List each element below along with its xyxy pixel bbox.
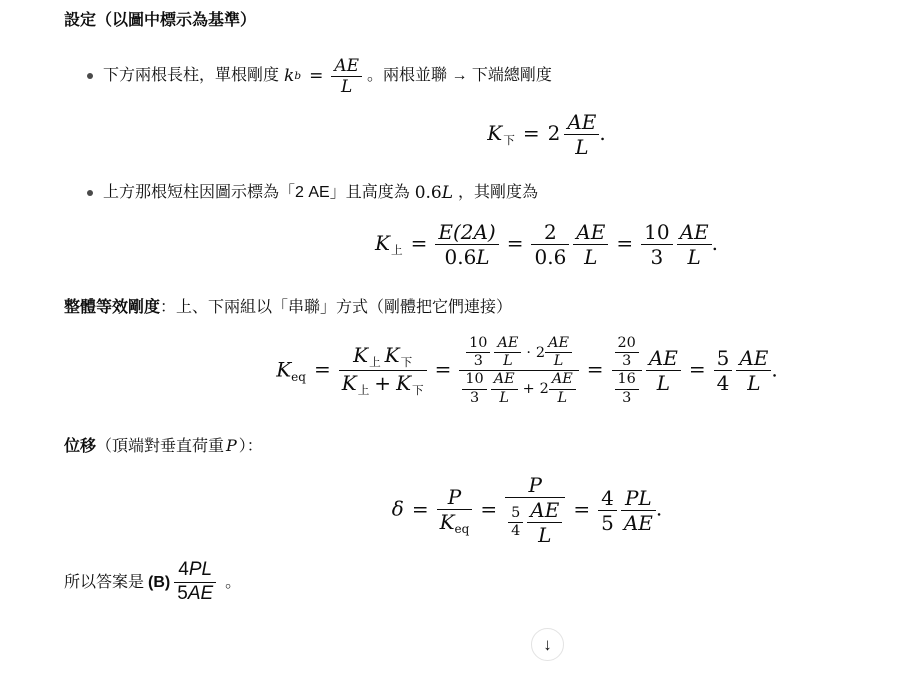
math-subscript-upper: 上 [391, 244, 403, 257]
equals-sign: = [411, 231, 428, 255]
fraction-numerator: AE [573, 220, 608, 244]
fraction-numerator: AE [564, 110, 599, 134]
fraction-denominator: L [736, 370, 771, 395]
fraction-10-3: 103 [462, 371, 486, 407]
math-var-P: P [226, 436, 237, 455]
math-coefficient: 2 [536, 345, 545, 361]
bold-label: 位移 [64, 438, 96, 455]
fraction-denominator: K上+K下 [339, 370, 427, 398]
fraction-20-3: 203 [615, 335, 639, 371]
fraction-10-3: 103 [466, 335, 490, 371]
fraction-denominator: L [527, 522, 562, 547]
fraction-numerator: PL [621, 486, 656, 510]
fraction-denominator: 0.6 [531, 244, 569, 269]
math-var-K: K [375, 231, 390, 255]
fraction-numerator: 16 [615, 371, 639, 388]
fraction-denominator: L [494, 352, 521, 370]
scroll-down-button[interactable]: ↓ [531, 628, 564, 661]
equals-sign: = [507, 231, 524, 255]
fraction-denominator: 4 [714, 370, 733, 395]
fraction-denominator: 3 [462, 389, 486, 407]
section-equivalent-stiffness: 整體等效剛度：上、下兩組以「串聯」方式（剛體把它們連接） [64, 295, 914, 321]
fraction-denominator: L [545, 352, 572, 370]
fraction-numerator: AE [549, 371, 576, 388]
down-arrow-icon: ↓ [543, 635, 552, 655]
fraction-denominator: 163 [612, 370, 642, 407]
fraction-numerator: 10 [462, 371, 486, 388]
fraction-denominator: AE [621, 510, 656, 535]
fraction-numerator: P [437, 485, 473, 509]
bullet2-text-post: ，其剛度為 [458, 180, 538, 206]
inline-math-kb: kb=AEL [284, 56, 362, 98]
fraction-nested-big: 103AEL·2AEL103AEL+2AEL [459, 335, 578, 407]
equals-sign: = [689, 357, 706, 381]
answer-fraction: 4PL5AE [174, 559, 216, 606]
equals-sign: = [309, 62, 323, 90]
display-formula-k-lower: K下=2AEL. [103, 110, 914, 159]
fraction-ae-l: AEL [494, 335, 521, 371]
equals-sign: = [480, 497, 497, 521]
fraction-denominator: 103AEL+2AEL [459, 370, 578, 407]
fraction-numerator: P [505, 473, 565, 497]
fraction-denominator: L [573, 244, 608, 269]
bullet1-text-line: 下方兩根長柱，單根剛度kb=AEL。兩根並聯 → 下端總剛度 [103, 56, 914, 98]
fraction-denominator: 5AE [174, 582, 216, 606]
chat-response: 設定（以圖中標示為基準） 下方兩根長柱，單根剛度kb=AEL。兩根並聯 → 下端… [0, 0, 914, 606]
section2-text-pre: （頂端對垂直荷重 [96, 438, 224, 455]
math-subscript: 下 [412, 384, 424, 397]
math-subscript: 上 [369, 356, 381, 369]
math-var: PL [189, 559, 212, 580]
fraction-denominator: L [564, 134, 599, 159]
fraction-5-4: 54 [714, 346, 733, 395]
multiplication-dot: · [526, 345, 531, 361]
fraction-denominator: L [491, 389, 518, 407]
fraction-numerator: AE [646, 346, 681, 370]
math-period: . [599, 121, 605, 145]
fraction-p-over-stiffness: P54AEL [505, 473, 565, 547]
equals-sign: = [412, 497, 429, 521]
fraction-numerator: E(2A) [435, 220, 498, 244]
fraction-ae-l: AEL [573, 220, 608, 269]
math-subscript-eq: eq [291, 370, 306, 384]
section-heading-setup: 設定（以圖中標示為基準） [64, 10, 914, 32]
bullet1-text-post: 。兩根並聯 → 下端總剛度 [367, 63, 552, 89]
bullet2-text-pre: 上方那根短柱因圖示標為「2 AE」且高度為 [103, 180, 410, 206]
fraction-2-06: 20.6 [531, 220, 569, 269]
fraction-ae-l: AEL [527, 498, 562, 547]
answer-text-post: 。 [225, 570, 241, 596]
fraction-denominator: L [677, 244, 712, 269]
plus-sign: + [374, 371, 391, 395]
fraction-denominator: L [549, 389, 576, 407]
fraction-numerator: 5 [714, 346, 733, 370]
fraction-ae-l: AEL [491, 371, 518, 407]
fraction-10-3: 103 [641, 220, 672, 269]
equals-sign: = [523, 121, 540, 145]
fraction-numerator: AE [527, 498, 562, 522]
inline-math-06L: 0.6L [415, 179, 453, 207]
equals-sign: = [314, 357, 331, 381]
fraction-numerator: AE [494, 335, 521, 352]
bullet-list: 下方兩根長柱，單根剛度kb=AEL。兩根並聯 → 下端總剛度 K下=2AEL. … [64, 56, 914, 270]
fraction-5-4: 54 [508, 505, 523, 541]
math-var: L [476, 245, 489, 269]
math-num: 5 [177, 583, 188, 604]
fraction-ae-l: AEL [736, 346, 771, 395]
fraction-4-5: 45 [598, 486, 617, 535]
math-num: 0.6 [415, 179, 442, 207]
answer-option-label: (B) [148, 570, 170, 596]
math-var-delta: δ [392, 497, 404, 521]
fraction-numerator: 5 [508, 505, 523, 522]
math-coefficient: 2 [548, 121, 561, 145]
fraction-ae-l: AEL [549, 371, 576, 407]
equals-sign: = [435, 357, 452, 381]
math-var: K [385, 343, 400, 367]
equals-sign: = [616, 231, 633, 255]
fraction-ae-l: AEL [545, 335, 572, 371]
fraction-denominator: 3 [466, 352, 490, 370]
fraction-pl-ae: PLAE [621, 486, 656, 535]
fraction-numerator: AE [331, 56, 362, 76]
math-period: . [712, 231, 718, 255]
fraction-numerator: AE [736, 346, 771, 370]
display-formula-displacement: δ=PKeq=P54AEL=45PLAE. [64, 473, 914, 547]
fraction-denominator: 3 [615, 352, 639, 370]
fraction-numerator: 10 [641, 220, 672, 244]
math-var-K: K [487, 121, 502, 145]
fraction-numerator: AE [491, 371, 518, 388]
bullet-lower-columns: 下方兩根長柱，單根剛度kb=AEL。兩根並聯 → 下端總剛度 K下=2AEL. [64, 56, 914, 160]
math-num: 4 [178, 559, 189, 580]
fraction-20-16: 203163 [612, 335, 642, 407]
fraction-numerator: 4PL [174, 559, 216, 582]
bullet1-text-pre: 下方兩根長柱，單根剛度 [103, 63, 279, 89]
math-var-L: L [442, 179, 453, 207]
display-formula-k-upper: K上=E(2A)0.6L=20.6AEL=103AEL. [103, 220, 914, 269]
section1-text: ：上、下兩組以「串聯」方式（剛體把它們連接） [160, 299, 512, 316]
fraction-numerator: 203 [612, 335, 642, 371]
fraction-denominator: 3 [615, 389, 639, 407]
bullet-upper-column: 上方那根短柱因圖示標為「2 AE」且高度為0.6L，其剛度為 K上=E(2A)0… [64, 179, 914, 269]
math-subscript-lower: 下 [503, 134, 515, 147]
fraction-p-keq: PKeq [437, 485, 473, 537]
display-formula-k-eq: Keq=K上K下K上+K下=103AEL·2AEL103AEL+2AEL=203… [64, 335, 914, 407]
answer-line: 所以答案是 (B) 4PL5AE 。 [64, 559, 914, 606]
math-subscript: 上 [358, 384, 370, 397]
math-subscript: 下 [401, 356, 413, 369]
fraction-denominator: 5 [598, 510, 617, 535]
fraction-numerator: AE [677, 220, 712, 244]
fraction-denominator: Keq [437, 509, 473, 537]
fraction-numerator: 20 [615, 335, 639, 352]
equals-sign: = [573, 497, 590, 521]
fraction-ae-l: AEL [564, 110, 599, 159]
bullet2-text-line: 上方那根短柱因圖示標為「2 AE」且高度為0.6L，其剛度為 [103, 179, 914, 207]
answer-text-pre: 所以答案是 [64, 570, 144, 596]
math-subscript-eq: eq [455, 522, 470, 536]
fraction-denominator: 0.6L [435, 244, 498, 269]
math-var-K: K [276, 357, 291, 381]
bold-label: 整體等效剛度 [64, 299, 160, 316]
fraction-16-3: 163 [615, 371, 639, 407]
fraction-numerator: AE [545, 335, 572, 352]
fraction-numerator: 4 [598, 486, 617, 510]
fraction-denominator: L [646, 370, 681, 395]
section-displacement: 位移（頂端對垂直荷重P）： [64, 433, 914, 460]
math-subscript-b: b [294, 68, 301, 85]
math-var: AE [188, 583, 213, 604]
math-var-k: k [284, 62, 294, 90]
math-period: . [771, 357, 777, 381]
fraction-numerator: 10 [466, 335, 490, 352]
math-period: . [656, 497, 662, 521]
fraction-numerator: 103AEL·2AEL [459, 335, 578, 371]
fraction-e2a: E(2A)0.6L [435, 220, 498, 269]
section2-text-post: ）： [239, 438, 263, 455]
math-var: K [342, 371, 357, 395]
math-var: K [396, 371, 411, 395]
fraction-denominator: 3 [641, 244, 672, 269]
fraction-ae-l: AEL [646, 346, 681, 395]
fraction-ae-l: AEL [677, 220, 712, 269]
fraction-ae-l: AEL [331, 56, 362, 98]
fraction-numerator: K上K下 [339, 343, 427, 370]
fraction-denominator: 4 [508, 522, 523, 540]
equals-sign: = [587, 357, 604, 381]
fraction-denominator: L [331, 76, 362, 97]
math-num: 0.6 [444, 245, 476, 269]
math-var: K [440, 510, 455, 534]
plus-sign: + [523, 381, 535, 397]
fraction-numerator: 2 [531, 220, 569, 244]
math-coefficient: 2 [540, 381, 549, 397]
fraction-denominator: 54AEL [505, 497, 565, 547]
math-var: K [353, 343, 368, 367]
fraction-k-product-sum: K上K下K上+K下 [339, 343, 427, 398]
